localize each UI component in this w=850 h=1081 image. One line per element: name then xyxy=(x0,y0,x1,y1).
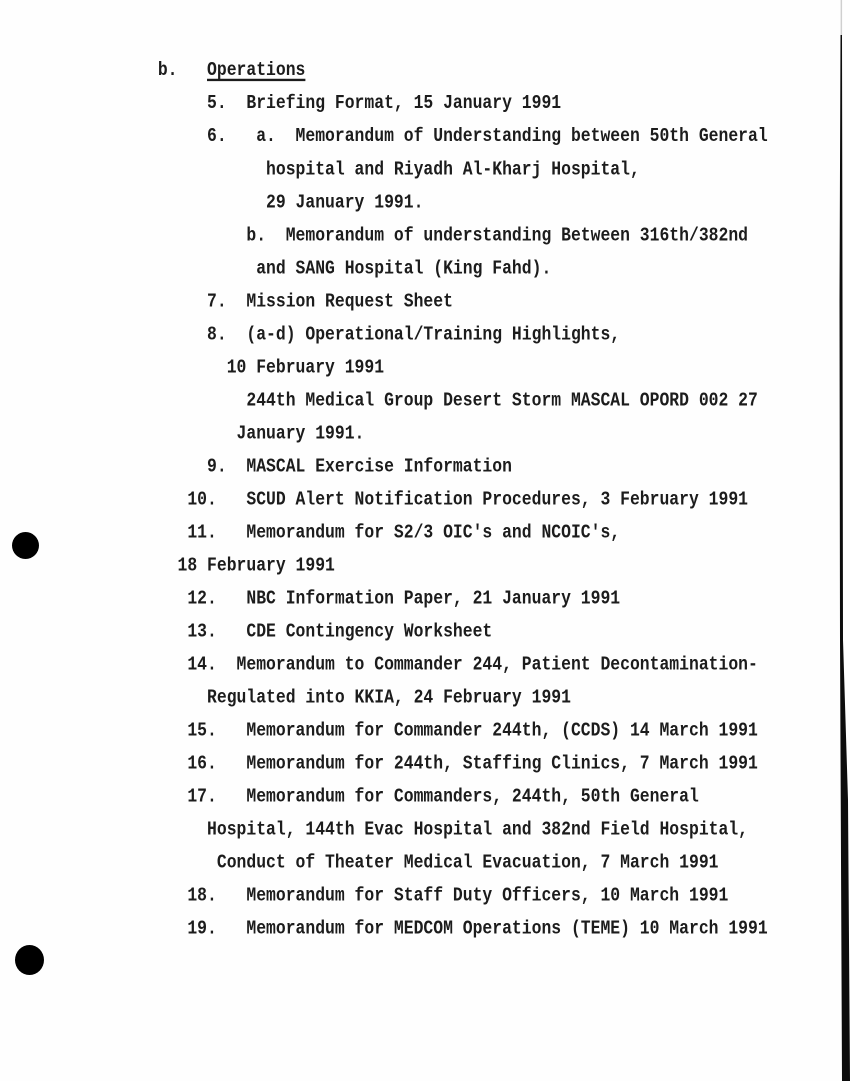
section-label: b. xyxy=(158,59,178,81)
document-line: 19. Memorandum for MEDCOM Operations (TE… xyxy=(148,912,768,945)
document-line: hospital and Riyadh Al-Kharj Hospital, xyxy=(148,153,768,186)
document-line: 17. Memorandum for Commanders, 244th, 50… xyxy=(148,780,768,813)
document-line: b. Memorandum of understanding Between 3… xyxy=(148,219,768,252)
scanned-document-page: b.Operations 5. Briefing Format, 15 Janu… xyxy=(0,0,850,1081)
document-line: 15. Memorandum for Commander 244th, (CCD… xyxy=(148,714,768,747)
document-line: 10. SCUD Alert Notification Procedures, … xyxy=(148,483,768,516)
document-line: Conduct of Theater Medical Evacuation, 7… xyxy=(148,846,768,879)
document-line: 18. Memorandum for Staff Duty Officers, … xyxy=(148,879,768,912)
document-line: 14. Memorandum to Commander 244, Patient… xyxy=(148,648,768,681)
scan-edge-artifact xyxy=(838,0,850,1081)
document-line: January 1991. xyxy=(148,417,768,450)
document-line: 13. CDE Contingency Worksheet xyxy=(148,615,768,648)
document-line: 244th Medical Group Desert Storm MASCAL … xyxy=(148,384,768,417)
section-title: Operations xyxy=(207,59,305,81)
document-line: 10 February 1991 xyxy=(148,351,768,384)
document-line: 5. Briefing Format, 15 January 1991 xyxy=(148,87,768,120)
document-line: 16. Memorandum for 244th, Staffing Clini… xyxy=(148,747,768,780)
document-line: 8. (a-d) Operational/Training Highlights… xyxy=(148,318,768,351)
document-line: Regulated into KKIA, 24 February 1991 xyxy=(148,681,768,714)
document-line: 9. MASCAL Exercise Information xyxy=(148,450,768,483)
hole-punch-mark-bottom xyxy=(15,945,44,975)
document-line: 29 January 1991. xyxy=(148,186,768,219)
document-line: 7. Mission Request Sheet xyxy=(148,285,768,318)
document-line: 18 February 1991 xyxy=(148,549,768,582)
document-line: and SANG Hospital (King Fahd). xyxy=(148,252,768,285)
document-body: b.Operations 5. Briefing Format, 15 Janu… xyxy=(148,54,768,945)
hole-punch-mark-top xyxy=(12,532,39,559)
document-line: Hospital, 144th Evac Hospital and 382nd … xyxy=(148,813,768,846)
document-line: 6. a. Memorandum of Understanding betwee… xyxy=(148,120,768,153)
document-line: 11. Memorandum for S2/3 OIC's and NCOIC'… xyxy=(148,516,768,549)
document-line: 12. NBC Information Paper, 21 January 19… xyxy=(148,582,768,615)
section-heading: b.Operations xyxy=(148,54,768,87)
